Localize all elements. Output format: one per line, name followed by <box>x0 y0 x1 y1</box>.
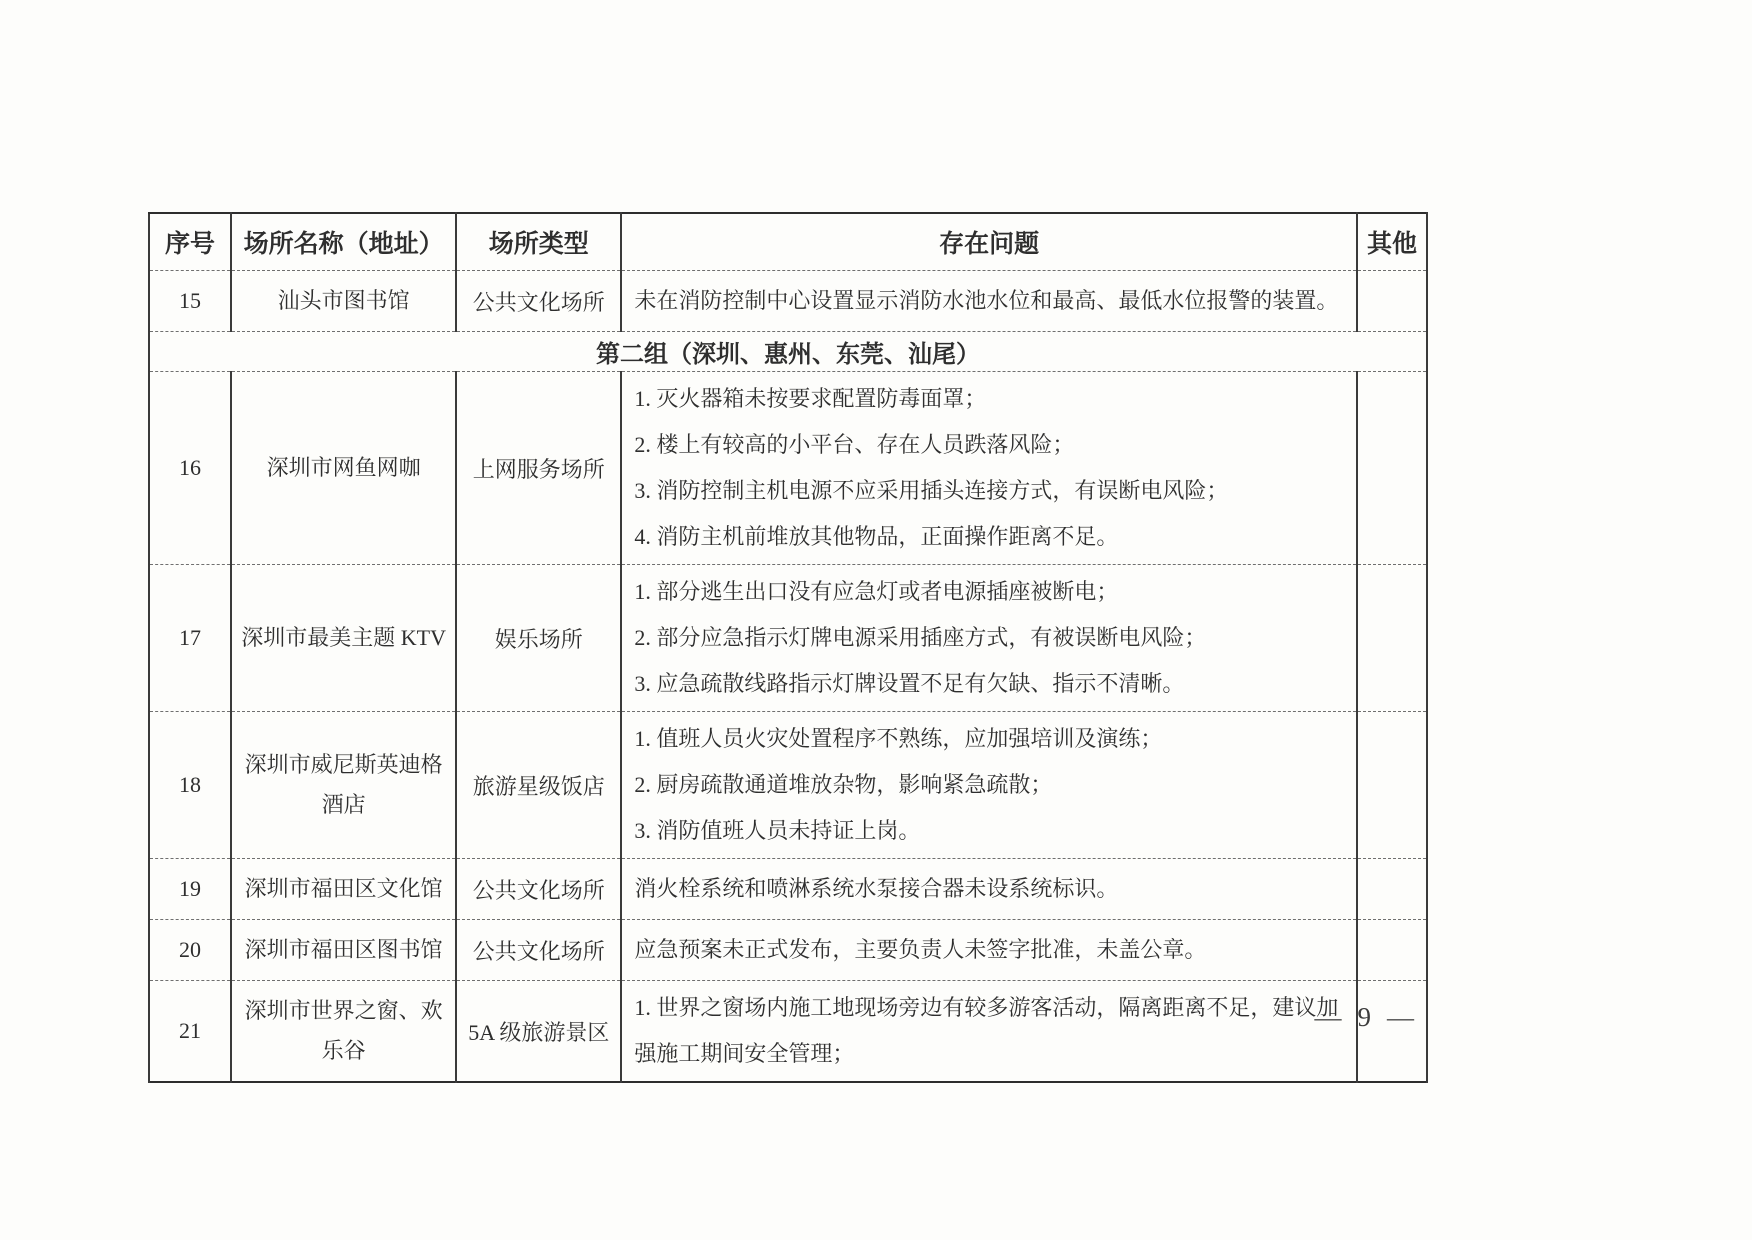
place-type: 5A 级旅游景区 <box>456 981 621 1083</box>
problem-line: 1. 部分逃生出口没有应急灯或者电源插座被断电； <box>634 569 1344 615</box>
header-cell-other: 其他 <box>1357 213 1427 271</box>
problem-line: 1. 世界之窗场内施工地现场旁边有较多游客活动，隔离距离不足，建议加强施工期间安… <box>634 985 1344 1077</box>
page-number-dash-left: — <box>1315 1002 1344 1033</box>
header-cell-type: 场所类型 <box>456 213 621 271</box>
problem-line: 应急预案未正式发布，主要负责人未签字批准，未盖公章。 <box>634 927 1344 973</box>
table-row: 21深圳市世界之窗、欢乐谷5A 级旅游景区1. 世界之窗场内施工地现场旁边有较多… <box>149 981 1427 1083</box>
other-cell <box>1357 271 1427 332</box>
place-name: 深圳市福田区图书馆 <box>231 920 456 981</box>
place-name: 深圳市网鱼网咖 <box>231 372 456 565</box>
other-cell <box>1357 712 1427 859</box>
table-body: 15汕头市图书馆公共文化场所未在消防控制中心设置显示消防水池水位和最高、最低水位… <box>149 271 1427 1083</box>
place-type: 公共文化场所 <box>456 920 621 981</box>
problem-line: 1. 灭火器箱未按要求配置防毒面罩； <box>634 376 1344 422</box>
problem-line: 4. 消防主机前堆放其他物品，正面操作距离不足。 <box>634 514 1344 560</box>
other-cell <box>1357 565 1427 712</box>
table-row: 17深圳市最美主题 KTV娱乐场所1. 部分逃生出口没有应急灯或者电源插座被断电… <box>149 565 1427 712</box>
row-number: 18 <box>149 712 231 859</box>
problem-line: 3. 消防值班人员未持证上岗。 <box>634 808 1344 854</box>
other-cell <box>1357 372 1427 565</box>
other-cell <box>1357 859 1427 920</box>
place-type: 上网服务场所 <box>456 372 621 565</box>
table-row: 18深圳市威尼斯英迪格酒店旅游星级饭店1. 值班人员火灾处置程序不熟练，应加强培… <box>149 712 1427 859</box>
place-type: 娱乐场所 <box>456 565 621 712</box>
place-name: 深圳市世界之窗、欢乐谷 <box>231 981 456 1083</box>
group-header-label: 第二组（深圳、惠州、东莞、汕尾） <box>149 332 1427 372</box>
problem-line: 1. 值班人员火灾处置程序不熟练，应加强培训及演练； <box>634 716 1344 762</box>
problems-cell: 1. 世界之窗场内施工地现场旁边有较多游客活动，隔离距离不足，建议加强施工期间安… <box>621 981 1357 1083</box>
problems-cell: 消火栓系统和喷淋系统水泵接合器未设系统标识。 <box>621 859 1357 920</box>
header-cell-name: 场所名称（地址） <box>231 213 456 271</box>
table-row: 20深圳市福田区图书馆公共文化场所应急预案未正式发布，主要负责人未签字批准，未盖… <box>149 920 1427 981</box>
header-cell-no: 序号 <box>149 213 231 271</box>
row-number: 21 <box>149 981 231 1083</box>
place-type: 公共文化场所 <box>456 859 621 920</box>
header-cell-problems: 存在问题 <box>621 213 1357 271</box>
place-type: 旅游星级饭店 <box>456 712 621 859</box>
place-name: 深圳市最美主题 KTV <box>231 565 456 712</box>
other-cell <box>1357 920 1427 981</box>
row-number: 17 <box>149 565 231 712</box>
row-number: 16 <box>149 372 231 565</box>
problem-line: 2. 厨房疏散通道堆放杂物，影响紧急疏散； <box>634 762 1344 808</box>
problem-line: 未在消防控制中心设置显示消防水池水位和最高、最低水位报警的装置。 <box>634 278 1344 324</box>
page-number: —9— <box>1301 1002 1431 1033</box>
table-row: 16深圳市网鱼网咖上网服务场所1. 灭火器箱未按要求配置防毒面罩；2. 楼上有较… <box>149 372 1427 565</box>
problem-line: 2. 部分应急指示灯牌电源采用插座方式，有被误断电风险； <box>634 615 1344 661</box>
page-number-value: 9 <box>1358 1002 1374 1032</box>
place-name: 深圳市威尼斯英迪格酒店 <box>231 712 456 859</box>
problem-line: 消火栓系统和喷淋系统水泵接合器未设系统标识。 <box>634 866 1344 912</box>
document-page: 序号 场所名称（地址） 场所类型 存在问题 其他 15汕头市图书馆公共文化场所未… <box>0 0 1752 1240</box>
inspection-table: 序号 场所名称（地址） 场所类型 存在问题 其他 15汕头市图书馆公共文化场所未… <box>148 212 1428 1083</box>
place-name: 汕头市图书馆 <box>231 271 456 332</box>
row-number: 15 <box>149 271 231 332</box>
row-number: 19 <box>149 859 231 920</box>
problems-cell: 1. 部分逃生出口没有应急灯或者电源插座被断电；2. 部分应急指示灯牌电源采用插… <box>621 565 1357 712</box>
problems-cell: 1. 灭火器箱未按要求配置防毒面罩；2. 楼上有较高的小平台、存在人员跌落风险；… <box>621 372 1357 565</box>
problem-line: 2. 楼上有较高的小平台、存在人员跌落风险； <box>634 422 1344 468</box>
problem-line: 3. 消防控制主机电源不应采用插头连接方式，有误断电风险； <box>634 468 1344 514</box>
page-number-dash-right: — <box>1387 1002 1416 1033</box>
problems-cell: 未在消防控制中心设置显示消防水池水位和最高、最低水位报警的装置。 <box>621 271 1357 332</box>
problems-cell: 1. 值班人员火灾处置程序不熟练，应加强培训及演练；2. 厨房疏散通道堆放杂物，… <box>621 712 1357 859</box>
table-row: 15汕头市图书馆公共文化场所未在消防控制中心设置显示消防水池水位和最高、最低水位… <box>149 271 1427 332</box>
problem-line: 3. 应急疏散线路指示灯牌设置不足有欠缺、指示不清晰。 <box>634 661 1344 707</box>
row-number: 20 <box>149 920 231 981</box>
table-row: 19深圳市福田区文化馆公共文化场所消火栓系统和喷淋系统水泵接合器未设系统标识。 <box>149 859 1427 920</box>
place-type: 公共文化场所 <box>456 271 621 332</box>
group-header-row: 第二组（深圳、惠州、东莞、汕尾） <box>149 332 1427 372</box>
problems-cell: 应急预案未正式发布，主要负责人未签字批准，未盖公章。 <box>621 920 1357 981</box>
place-name: 深圳市福田区文化馆 <box>231 859 456 920</box>
table-header-row: 序号 场所名称（地址） 场所类型 存在问题 其他 <box>149 213 1427 271</box>
